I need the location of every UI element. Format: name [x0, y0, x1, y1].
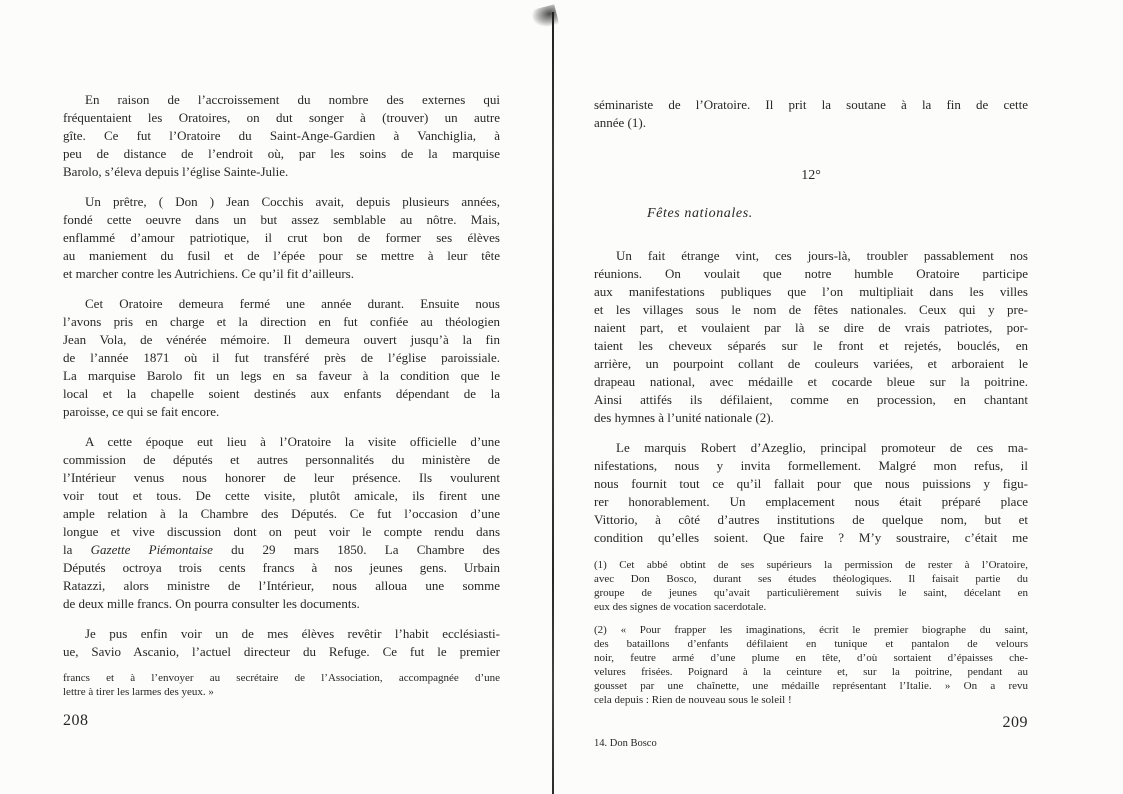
text-line: Jean Vola, de vénérée mémoire. Il demeur… [63, 331, 500, 349]
text-line: En raison de l’accroissement du nombre d… [63, 91, 500, 109]
right-page-footnotes: (1) Cet abbé obtint de ses supérieurs la… [594, 558, 1028, 716]
text-line: au maniement du fusil et de l’épée pour … [63, 247, 500, 265]
paragraph: Un prêtre, ( Don ) Jean Cocchis avait, d… [63, 193, 500, 283]
right-page-intro: séminariste de l’Oratoire. Il prit la so… [594, 96, 1028, 132]
text-line: Cet Oratoire demeura fermé une année dur… [63, 295, 500, 313]
text-line: de deux mille francs. On pourra consulte… [63, 595, 500, 613]
text-line: longue et vive discussion dont on peut v… [63, 523, 500, 541]
text-line: Je pus enfin voir un de mes élèves revêt… [63, 625, 500, 643]
section-title: Fêtes nationales. [594, 206, 1081, 222]
page-number-left: 208 [63, 712, 89, 730]
text-line: de l’année 1871 où il fut transféré près… [63, 349, 500, 367]
text-line: fondé cette oeuvre dans un but assez sem… [63, 211, 500, 229]
gutter-smudge [531, 4, 559, 29]
right-page-body: Un fait étrange vint, ces jours-là, trou… [594, 247, 1028, 547]
paragraph: séminariste de l’Oratoire. Il prit la so… [594, 96, 1028, 132]
paragraph: En raison de l’accroissement du nombre d… [63, 91, 500, 181]
text-line: et les villages sous le nom de fêtes nat… [594, 301, 1028, 319]
text-line: eux des signes de vocation sacerdotale. [594, 600, 1028, 614]
text-line: et marcher contre les Autrichiens. Ce qu… [63, 265, 500, 283]
text-line: voir tout et tous. De cette visite, plut… [63, 487, 500, 505]
signature-mark: 14. Don Bosco [594, 738, 657, 749]
text-line: taient les cheveux séparés sur le front … [594, 337, 1028, 355]
text-line: des bataillons d’enfants défilaient en t… [594, 637, 1028, 651]
text-line: rer honorablement. Un emplacement nous é… [594, 493, 1028, 511]
text-line: commission de députés et autres personna… [63, 451, 500, 469]
text-line: local et la chapelle soient destinés aux… [63, 385, 500, 403]
text-line: année (1). [594, 114, 1028, 132]
text-line: drapeau national, avec médaille et cocar… [594, 373, 1028, 391]
text-line: A cette époque eut lieu à l’Oratoire la … [63, 433, 500, 451]
text-line: enflammé d’amour patriotique, il crut bo… [63, 229, 500, 247]
text-line: arrière, un pourpoint collant de couleur… [594, 355, 1028, 373]
text-line: l’Intérieur venus nous honorer de leur p… [63, 469, 500, 487]
paragraph: francs et à l’envoyer au secrétaire de l… [63, 671, 500, 699]
paragraph: Un fait étrange vint, ces jours-là, trou… [594, 247, 1028, 427]
text-line: séminariste de l’Oratoire. Il prit la so… [594, 96, 1028, 114]
text-line: la Gazette Piémontaise du 29 mars 1850. … [63, 541, 500, 559]
text-line: velures frisées. Poignard à la ceinture … [594, 665, 1028, 679]
text-line: Le marquis Robert d’Azeglio, principal p… [594, 439, 1028, 457]
paragraph: Cet Oratoire demeura fermé une année dur… [63, 295, 500, 421]
text-line: (2) « Pour frapper les imaginations, écr… [594, 623, 1028, 637]
book-spread: En raison de l’accroissement du nombre d… [0, 0, 1123, 794]
text-line: gîte. Ce fut l’Oratoire du Saint-Ange-Ga… [63, 127, 500, 145]
text-line: cela depuis : Rien de nouveau sous le so… [594, 693, 1028, 707]
text-line: ue, Savio Ascanio, l’actuel directeur du… [63, 643, 500, 661]
text-line: paroisse, ce qui se fait encore. [63, 403, 500, 421]
text-line: des hymnes à l’unité nationale (2). [594, 409, 1028, 427]
paragraph: Je pus enfin voir un de mes élèves revêt… [63, 625, 500, 661]
text-line: condition qu’elles soient. Que faire ? M… [594, 529, 1028, 547]
book-gutter-line [552, 12, 554, 794]
text-line: l’avons pris en charge et la direction e… [63, 313, 500, 331]
left-page-body: En raison de l’accroissement du nombre d… [63, 91, 500, 661]
text-line: (1) Cet abbé obtint de ses supérieurs la… [594, 558, 1028, 572]
paragraph: (1) Cet abbé obtint de ses supérieurs la… [594, 558, 1028, 614]
text-line: nifestations, nous y invita formellement… [594, 457, 1028, 475]
text-line: Un fait étrange vint, ces jours-là, trou… [594, 247, 1028, 265]
text-line: Ratazzi, alors ministre de l’Intérieur, … [63, 577, 500, 595]
text-line: peu de distance de l’endroit où, par les… [63, 145, 500, 163]
text-line: avec Don Bosco, durant ses études théolo… [594, 572, 1028, 586]
paragraph: (2) « Pour frapper les imaginations, écr… [594, 623, 1028, 707]
text-line: lettre à tirer les larmes des yeux. » [63, 685, 500, 699]
text-line: réunions. On voulait que notre humble Or… [594, 265, 1028, 283]
text-line: noir, feutre armé d’une plume en tête, d… [594, 651, 1028, 665]
paragraph: A cette époque eut lieu à l’Oratoire la … [63, 433, 500, 613]
text-line: gousset par une chaînette, une médaille … [594, 679, 1028, 693]
paragraph: Le marquis Robert d’Azeglio, principal p… [594, 439, 1028, 547]
text-line: ample relation à la Chambre des Députés.… [63, 505, 500, 523]
text-line: francs et à l’envoyer au secrétaire de l… [63, 671, 500, 685]
text-line: Députés octroya trois cents francs à nos… [63, 559, 500, 577]
text-line: Vittorio, à côté d’autres institutions d… [594, 511, 1028, 529]
text-line: aux manifestations publiques que l’on mu… [594, 283, 1028, 301]
text-line: nous fournit tout ce qu’il fallait pour … [594, 475, 1028, 493]
text-line: naient part, et voulaient par là se dire… [594, 319, 1028, 337]
text-line: groupe de jeunes qu’avait particulièreme… [594, 586, 1028, 600]
section-number: 12° [594, 168, 1028, 184]
text-line: Ainsi attifés ils défilaient, comme en p… [594, 391, 1028, 409]
text-line: La marquise Barolo fit un legs en sa fav… [63, 367, 500, 385]
left-page-footnote: francs et à l’envoyer au secrétaire de l… [63, 671, 500, 708]
text-line: fréquentaient les Oratoires, on dut song… [63, 109, 500, 127]
text-line: Un prêtre, ( Don ) Jean Cocchis avait, d… [63, 193, 500, 211]
text-line: Barolo, s’éleva depuis l’église Sainte-J… [63, 163, 500, 181]
page-number-right: 209 [594, 714, 1028, 732]
